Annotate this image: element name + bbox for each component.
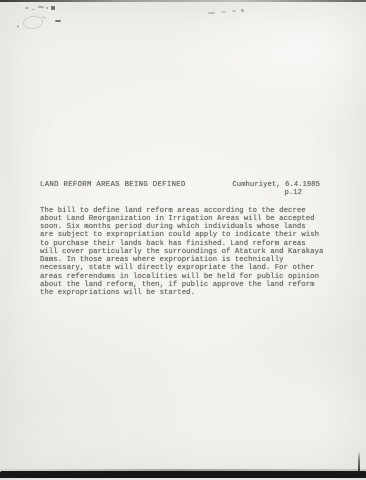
article-headline: LAND REFORM AREAS BEING DEFINED xyxy=(40,181,186,189)
scan-bottom-edge xyxy=(0,471,366,478)
pencil-marks-top-left xyxy=(15,3,85,33)
pencil-marks-top-right xyxy=(208,7,253,21)
article-body: The bill to define land reform areas acc… xyxy=(40,207,340,298)
page-reference: p.12 xyxy=(232,189,320,197)
source-block: Cumhuriyet, 6.4.1985 p.12 xyxy=(232,181,320,197)
headline-row: LAND REFORM AREAS BEING DEFINED Cumhuriy… xyxy=(40,181,320,197)
scanned-document-page: LAND REFORM AREAS BEING DEFINED Cumhuriy… xyxy=(0,0,366,480)
scan-top-edge xyxy=(0,0,366,2)
source-citation: Cumhuriyet, 6.4.1985 xyxy=(232,181,320,189)
